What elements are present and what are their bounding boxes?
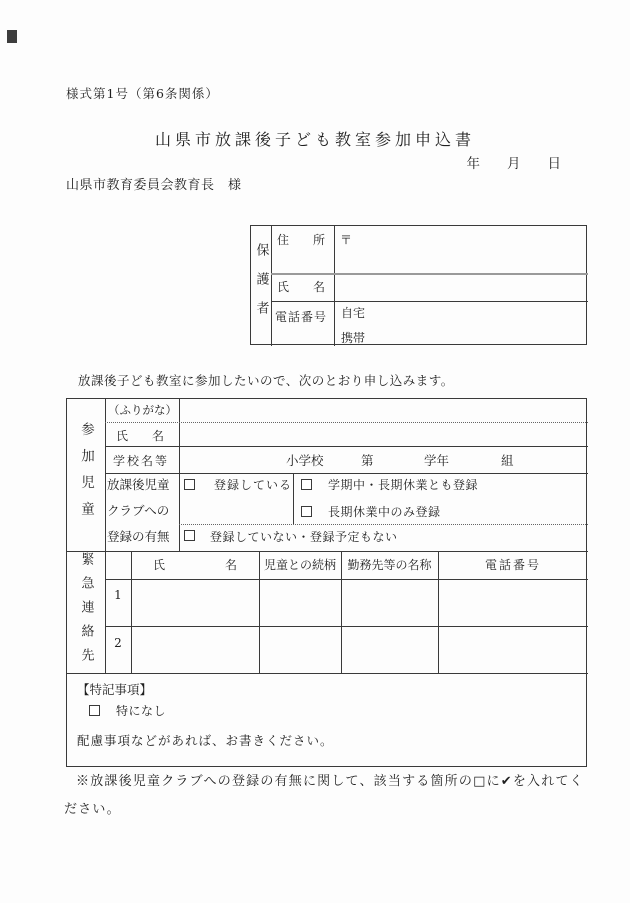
grade-prefix: 第 — [361, 453, 374, 468]
section-divider-emergency — [67, 551, 588, 552]
addressee: 山県市教育委員会教育長 様 — [66, 178, 242, 194]
emergency-header-relation: 児童との続柄 — [259, 558, 341, 572]
guardian-name-input-area[interactable] — [337, 275, 585, 299]
emergency-row2-name-cell[interactable] — [132, 627, 258, 672]
phone-mobile-input-area[interactable] — [369, 328, 584, 345]
footnote-line1: ※放課後児童クラブへの登録の有無に関して、該当する箇所の□に✔を入れてく — [76, 774, 584, 790]
club-label-line1: 放課後児童 — [107, 477, 170, 492]
guardian-address-label: 住 所 — [277, 233, 325, 247]
guardian-col-divider-2 — [334, 226, 335, 346]
option-term-and-break-label: 学期中・長期休業とも登録 — [328, 478, 478, 492]
furigana-label: （ふりがな） — [108, 404, 177, 418]
emergency-row1-relation-cell[interactable] — [260, 580, 340, 625]
checkbox-none[interactable] — [89, 705, 100, 716]
intro-sentence: 放課後子ども教室に参加したいので、次のとおり申し込みます。 — [78, 373, 454, 388]
emergency-header-phone: 電話番号 — [438, 558, 588, 572]
guardian-name-label: 氏 名 — [277, 280, 325, 294]
club-option-divider — [293, 473, 294, 524]
guardian-phone-label: 電話番号 — [275, 310, 327, 324]
phone-home-label: 自宅 — [341, 306, 365, 320]
scan-corner-mark — [7, 30, 17, 43]
child-vertical-label: 参加児童 — [76, 422, 96, 528]
emergency-row1-name-cell[interactable] — [132, 580, 258, 625]
guardian-table: 保護者 住 所 〒 氏 名 電話番号 自宅 携帯 — [250, 225, 587, 345]
date-line: 年 月 日 — [467, 156, 562, 172]
club-dotted-line — [179, 524, 588, 525]
emergency-row2-workplace-cell[interactable] — [342, 627, 437, 672]
child-row-divider-1 — [105, 446, 588, 447]
class-input-area[interactable] — [457, 448, 497, 471]
checkbox-registered[interactable] — [184, 479, 195, 490]
child-name-input-area[interactable] — [181, 424, 586, 444]
grade-input-area[interactable] — [379, 448, 419, 471]
emergency-header-name: 氏 名 — [131, 558, 259, 572]
checkbox-break-only[interactable] — [301, 506, 312, 517]
section-divider-notes — [67, 673, 588, 674]
school-suffix: 小学校 — [286, 453, 324, 468]
guardian-address-input-area[interactable] — [351, 228, 581, 272]
checkbox-not-registered[interactable] — [184, 530, 195, 541]
notes-hint: 配慮事項などがあれば、お書きください。 — [77, 733, 334, 748]
emergency-row2-relation-cell[interactable] — [260, 627, 340, 672]
furigana-input-area[interactable] — [181, 400, 586, 421]
option-not-registered-label: 登録していない・登録予定もない — [210, 530, 398, 544]
page-title: 山県市放課後子ども教室参加申込書 — [0, 130, 630, 149]
guardian-row-divider-2 — [271, 301, 588, 302]
notes-heading: 【特記事項】 — [77, 682, 152, 697]
child-row-divider-2 — [105, 473, 588, 474]
school-label: 学校名等 — [113, 454, 169, 468]
club-label-line2: クラブへの — [107, 503, 169, 518]
emergency-row1-workplace-cell[interactable] — [342, 580, 437, 625]
child-name-label: 氏 名 — [116, 429, 164, 443]
guardian-vertical-label: 保護者 — [252, 243, 271, 330]
phone-mobile-label: 携帯 — [341, 331, 365, 345]
phone-home-input-area[interactable] — [369, 303, 584, 323]
emergency-vertical-label-cell: 緊急連絡先 — [67, 551, 105, 673]
emergency-row2-phone-cell[interactable] — [439, 627, 587, 672]
emergency-header-workplace: 勤務先等の名称 — [341, 558, 438, 572]
club-label-line3: 登録の有無 — [107, 529, 170, 544]
emergency-row1-phone-cell[interactable] — [439, 580, 587, 625]
guardian-vertical-label-cell: 保護者 — [251, 226, 271, 346]
guardian-col-divider-1 — [271, 226, 272, 346]
school-name-input-area[interactable] — [181, 448, 281, 471]
class-label: 組 — [501, 453, 514, 468]
emergency-vertical-label: 緊急連絡先 — [77, 552, 96, 672]
emergency-row2-number: 2 — [105, 636, 131, 650]
notes-input-area[interactable] — [77, 749, 577, 766]
form-number: 様式第1号（第6条関係） — [66, 86, 219, 101]
application-form-page: 様式第1号（第6条関係） 山県市放課後子ども教室参加申込書 年 月 日 山県市教… — [0, 0, 630, 903]
main-table: 参加児童 （ふりがな） 氏 名 学校名等 小学校 第 学年 組 放課後児童 クラ… — [66, 398, 587, 767]
option-registered-label: 登録している — [214, 478, 292, 492]
notes-none-label: 特になし — [116, 704, 166, 718]
grade-label: 学年 — [424, 453, 449, 468]
checkbox-term-and-break[interactable] — [301, 479, 312, 490]
footnote-line2: ださい。 — [64, 802, 121, 818]
emergency-row1-number: 1 — [105, 588, 131, 602]
label-column-divider — [105, 399, 106, 673]
child-vertical-label-cell: 参加児童 — [67, 399, 105, 551]
option-break-only-label: 長期休業中のみ登録 — [328, 505, 441, 519]
furigana-dotted-line — [105, 422, 588, 423]
